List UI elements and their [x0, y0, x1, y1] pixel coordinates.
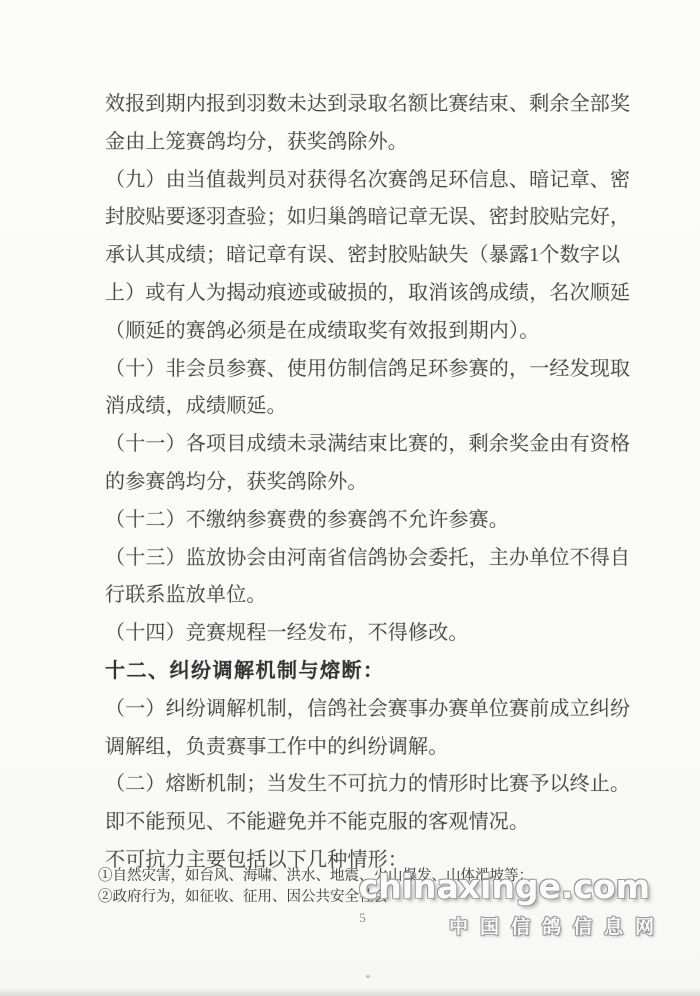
page-number: 5: [105, 910, 620, 926]
text-line: 效报到期内报到羽数未达到录取名额比赛结束、剩余全部奖: [105, 86, 665, 124]
text-line: （顺延的赛鸽必须是在成绩取奖有效报到期内）。: [105, 313, 665, 351]
text-line: （一）纠纷调解机制，信鸽社会赛事办赛单位赛前成立纠纷: [105, 691, 665, 729]
document-page: 效报到期内报到羽数未达到录取名额比赛结束、剩余全部奖金由上笼赛鸽均分，获奖鸽除外…: [0, 0, 700, 996]
text-line: 上）或有人为揭动痕迹或破损的，取消该鸽成绩，名次顺延: [105, 275, 665, 313]
text-line: （十一）各项目成绩未录满结束比赛的，剩余奖金由有资格: [105, 426, 665, 464]
text-line: （二）熔断机制；当发生不可抗力的情形时比赛予以终止。: [105, 766, 665, 804]
text-line: 承认其成绩；暗记章有误、密封胶贴缺失（暴露1个数字以: [105, 237, 665, 275]
text-line: 即不能预见、不能避免并不能克服的客观情况。: [105, 804, 665, 842]
text-line: 行联系监放单位。: [105, 577, 665, 615]
note-line: ①自然灾害，如台风、海啸、洪水、地震、火山爆发、山体滑坡等；: [98, 866, 658, 887]
text-line: 封胶贴要逐羽查验；如归巢鸽暗记章无误、密封胶贴完好，: [105, 199, 665, 237]
note-line: ②政府行为，如征收、征用、因公共安全社会: [98, 887, 658, 908]
text-line: （十）非会员参赛、使用仿制信鸽足环参赛的，一经发现取: [105, 351, 665, 389]
text-line: （十四）竞赛规程一经发布，不得修改。: [105, 615, 665, 653]
scan-bottom-edge: [0, 988, 700, 996]
text-line: （九）由当值裁判员对获得名次赛鸽足环信息、暗记章、密: [105, 162, 665, 200]
text-line: 金由上笼赛鸽均分，获奖鸽除外。: [105, 124, 665, 162]
footnote-list: ①自然灾害，如台风、海啸、洪水、地震、火山爆发、山体滑坡等；②政府行为，如征收、…: [98, 866, 658, 908]
scan-speck: [366, 975, 370, 978]
section-heading: 十二、纠纷调解机制与熔断：: [105, 653, 665, 691]
text-line: （十三）监放协会由河南省信鸽协会委托，主办单位不得自: [105, 540, 665, 578]
text-line: （十二）不缴纳参赛费的参赛鸽不允许参赛。: [105, 502, 665, 540]
text-line: 调解组，负责赛事工作中的纠纷调解。: [105, 729, 665, 767]
text-line: 的参赛鸽均分，获奖鸽除外。: [105, 464, 665, 502]
text-line: 消成绩，成绩顺延。: [105, 388, 665, 426]
document-body: 效报到期内报到羽数未达到录取名额比赛结束、剩余全部奖金由上笼赛鸽均分，获奖鸽除外…: [105, 86, 665, 880]
